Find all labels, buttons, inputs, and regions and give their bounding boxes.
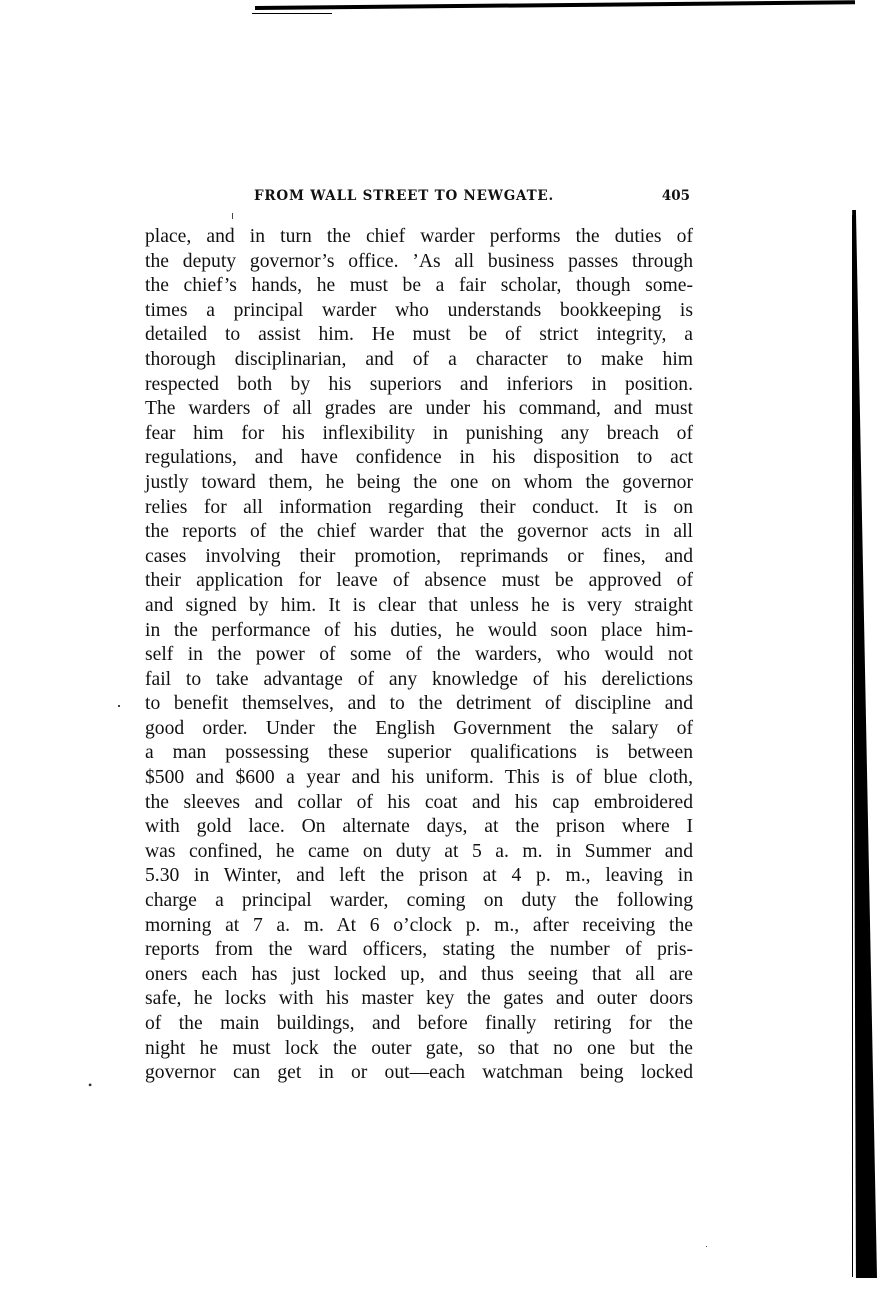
scan-speck bbox=[232, 213, 233, 219]
text-line: cases involving their promotion, reprima… bbox=[145, 545, 693, 570]
text-line: the sleeves and collar of his coat and h… bbox=[145, 791, 693, 816]
text-line: governor can get in or out—each watchman… bbox=[145, 1061, 693, 1086]
text-line: regulations, and have confidence in his … bbox=[145, 446, 693, 471]
body-text: place, and in turn the chief warder perf… bbox=[145, 225, 693, 1086]
text-line: oners each has just locked up, and thus … bbox=[145, 963, 693, 988]
text-line: respected both by his superiors and infe… bbox=[145, 373, 693, 398]
text-line: The warders of all grades are under his … bbox=[145, 397, 693, 422]
text-line: self in the power of some of the warders… bbox=[145, 643, 693, 668]
text-line: their application for leave of absence m… bbox=[145, 569, 693, 594]
scan-edge-top-thin-rule bbox=[252, 13, 332, 14]
text-line: $500 and $600 a year and his uniform. Th… bbox=[145, 766, 693, 791]
text-line: reports from the ward officers, stating … bbox=[145, 938, 693, 963]
text-line: with gold lace. On alternate days, at th… bbox=[145, 815, 693, 840]
scan-edge-right-line bbox=[852, 215, 853, 1277]
text-line: 5.30 in Winter, and left the prison at 4… bbox=[145, 864, 693, 889]
text-line: times a principal warder who understands… bbox=[145, 299, 693, 324]
scanned-page: FROM WALL STREET TO NEWGATE. 405 place, … bbox=[0, 0, 877, 1294]
text-line: night he must lock the outer gate, so th… bbox=[145, 1037, 693, 1062]
text-line: in the performance of his duties, he wou… bbox=[145, 619, 693, 644]
text-line: was confined, he came on duty at 5 a. m.… bbox=[145, 840, 693, 865]
text-line: thorough disciplinarian, and of a charac… bbox=[145, 348, 693, 373]
scan-edge-top-rule bbox=[255, 0, 855, 10]
text-line: the deputy governor’s office. ’As all bu… bbox=[145, 250, 693, 275]
text-line: detailed to assist him. He must be of st… bbox=[145, 323, 693, 348]
text-line: a man possessing these superior qualific… bbox=[145, 741, 693, 766]
text-line: safe, he locks with his master key the g… bbox=[145, 987, 693, 1012]
margin-mark: • bbox=[88, 1078, 92, 1093]
scan-edge-right-shadow bbox=[850, 210, 877, 1278]
text-line: the chief’s hands, he must be a fair sch… bbox=[145, 274, 693, 299]
text-line: fear him for his inflexibility in punish… bbox=[145, 422, 693, 447]
text-line: place, and in turn the chief warder perf… bbox=[145, 225, 693, 250]
running-title: FROM WALL STREET TO NEWGATE. bbox=[254, 188, 554, 204]
text-line: justly toward them, he being the one on … bbox=[145, 471, 693, 496]
text-line: relies for all information regarding the… bbox=[145, 496, 693, 521]
text-line: and signed by him. It is clear that unle… bbox=[145, 594, 693, 619]
scan-speck bbox=[118, 705, 120, 707]
text-line: morning at 7 a. m. At 6 o’clock p. m., a… bbox=[145, 914, 693, 939]
text-line: charge a principal warder, coming on dut… bbox=[145, 889, 693, 914]
text-line: fail to take advantage of any knowledge … bbox=[145, 668, 693, 693]
text-line: of the main buildings, and before finall… bbox=[145, 1012, 693, 1037]
text-line: the reports of the chief warder that the… bbox=[145, 520, 693, 545]
scan-speck bbox=[706, 1246, 707, 1247]
page-number: 405 bbox=[662, 188, 690, 204]
text-line: to benefit themselves, and to the detrim… bbox=[145, 692, 693, 717]
text-line: good order. Under the English Government… bbox=[145, 717, 693, 742]
page-header: FROM WALL STREET TO NEWGATE. 405 bbox=[254, 188, 690, 210]
